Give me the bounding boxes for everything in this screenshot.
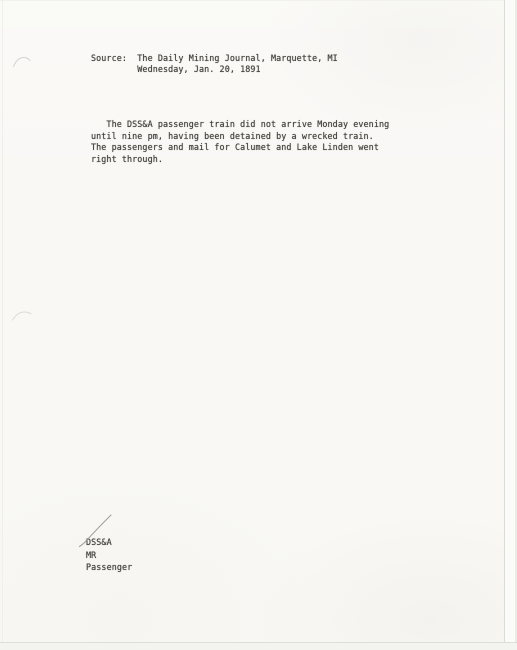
article-paragraph: The DSS&A passenger train did not arrive…: [91, 119, 389, 165]
source-citation: Source: The Daily Mining Journal, Marque…: [91, 53, 338, 76]
pencil-squiggle-top-left: [14, 57, 31, 66]
index-keyword-mr: MR: [86, 549, 132, 562]
pencil-marks-overlay: [0, 0, 517, 650]
paper-texture: [0, 0, 517, 650]
scanned-document-page: Source: The Daily Mining Journal, Marque…: [0, 0, 517, 650]
source-line: Source: The Daily Mining Journal, Marque…: [91, 53, 338, 64]
page-edge-top: [0, 0, 517, 1]
index-keyword-dssa: DSS&A: [86, 536, 132, 549]
index-keywords: DSS&A MR Passenger: [86, 536, 132, 574]
page-edge-left: [2, 0, 3, 650]
scan-margin-right: [505, 0, 517, 650]
scan-margin-bottom: [0, 643, 517, 650]
index-keyword-passenger: Passenger: [86, 561, 132, 574]
paragraph-line: right through.: [91, 154, 389, 166]
paragraph-line: until nine pm, having been detained by a…: [91, 131, 389, 143]
source-date-line: Wednesday, Jan. 20, 1891: [91, 64, 338, 75]
paragraph-line: The passengers and mail for Calumet and …: [91, 142, 389, 154]
pencil-squiggle-middle-left: [13, 312, 32, 320]
paragraph-line: The DSS&A passenger train did not arrive…: [91, 119, 389, 131]
